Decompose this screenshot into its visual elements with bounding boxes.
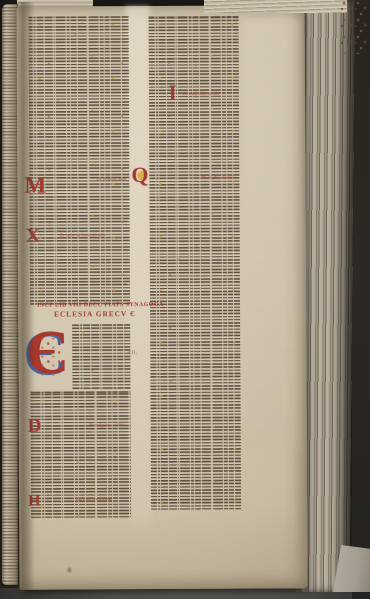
inline-rubric: De religione et fide [89,422,124,427]
initial-i: I [169,82,177,104]
incipit-rubric-line2: ECLESIA GRECV Є [54,310,136,318]
incipit-rubric-line1: INCP LIB VIII DECC PIATS SYNAGOGA [37,302,164,309]
initial-h: H [28,494,41,510]
illuminated-initial-e: Є Є [26,319,70,389]
outer-margin [243,19,303,449]
parchment-stain [67,567,71,572]
text-column-left-upper [29,16,131,305]
facing-page-sliver [2,4,18,585]
inline-rubric: De dulcedine armis [183,91,219,96]
inline-rubric: De amis sit hominib aliis [60,232,106,237]
inline-rubric: Qd e op si responsa [76,496,112,501]
inline-rubric: De anglis astamis [201,175,234,180]
text-column-left-beside-initial [72,323,130,389]
initial-m: M [24,174,46,197]
initial-e-filigree [34,332,60,378]
book-head-page-edges [204,0,347,13]
manuscript-page: M X Q I D H INCP LIB VIII DECC PIATS SYN… [16,5,307,590]
initial-x: X [26,226,41,246]
worn-corner-debris [340,0,368,54]
inline-rubric: De armatis mga [96,176,126,181]
manuscript-photo: M X Q I D H INCP LIB VIII DECC PIATS SYN… [0,0,370,599]
background-shadow [352,0,370,599]
initial-d: D [28,417,42,436]
initial-q: Q [131,164,148,186]
chapter-number: cii. [128,350,138,356]
